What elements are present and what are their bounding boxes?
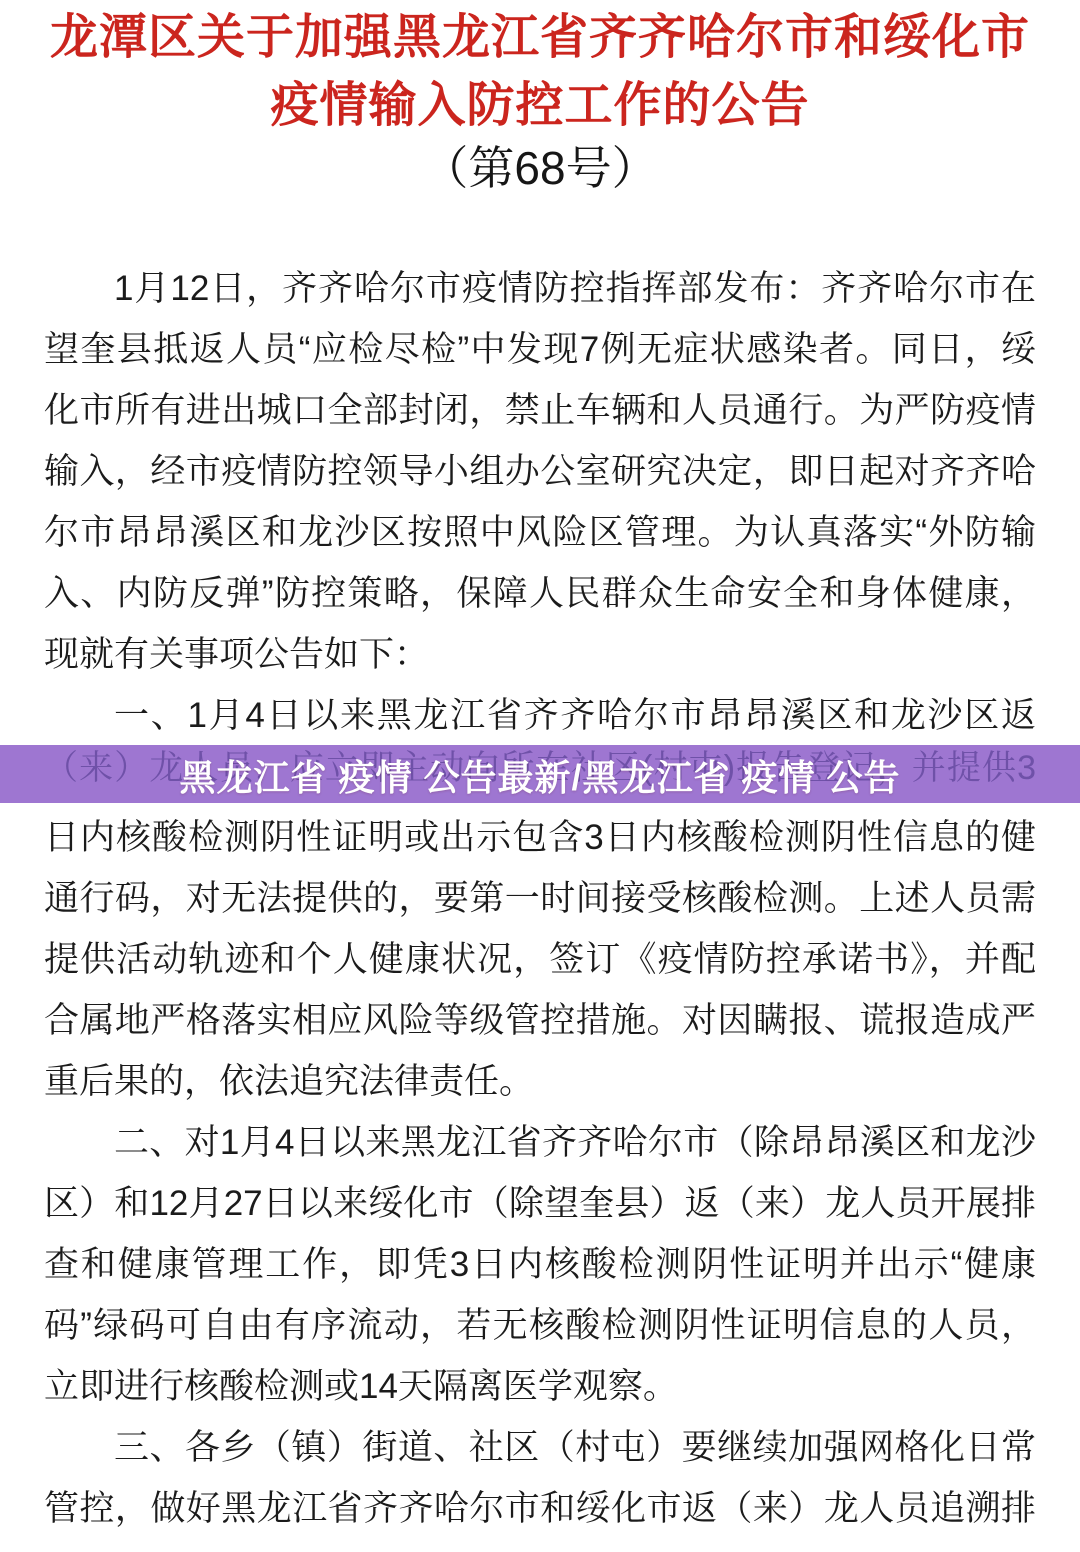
- body-line: 一、1月4日以来黑龙江省齐齐哈尔市昂昂溪区和龙沙区返: [44, 685, 1036, 746]
- body-line: 码”绿码可自由有序流动，若无核酸检测阴性证明信息的人员，: [44, 1295, 1036, 1356]
- announcement-number: （第68号）: [0, 138, 1080, 198]
- body-line: 区）和12月27日以来绥化市（除望奎县）返（来）龙人员开展排: [44, 1173, 1036, 1234]
- body-line: 望奎县抵返人员“应检尽检”中发现7例无症状感染者。同日，绥: [44, 319, 1036, 380]
- body-line: 入、内防反弹”防控策略，保障人民群众生命安全和身体健康，: [44, 563, 1036, 624]
- body-line: 尔市昂昂溪区和龙沙区按照中风险区管理。为认真落实“外防输: [44, 502, 1036, 563]
- announcement-document: 龙潭区关于加强黑龙江省齐齐哈尔市和绥化市 疫情输入防控工作的公告 （第68号） …: [0, 0, 1080, 1552]
- body-line: 二、对1月4日以来黑龙江省齐齐哈尔市（除昂昂溪区和龙沙: [44, 1112, 1036, 1173]
- body-line: 化市所有进出城口全部封闭，禁止车辆和人员通行。为严防疫情: [44, 380, 1036, 441]
- body-line: 输入，经市疫情防控领导小组办公室研究决定，即日起对齐齐哈: [44, 441, 1036, 502]
- body-line: 1月12日，齐齐哈尔市疫情防控指挥部发布：齐齐哈尔市在对: [44, 258, 1036, 319]
- watermark-caption: 黑龙江省 疫情 公告最新/黑龙江省 疫情 公告: [0, 758, 1080, 798]
- body-line: 日内核酸检测阴性证明或出示包含3日内核酸检测阴性信息的健康: [44, 807, 1036, 868]
- body-line: 重后果的，依法追究法律责任。: [44, 1051, 1036, 1112]
- body-line: 查和健康管理工作，即凭3日内核酸检测阴性证明并出示“健康: [44, 1234, 1036, 1295]
- announcement-title-line-1: 龙潭区关于加强黑龙江省齐齐哈尔市和绥化市: [40, 8, 1040, 68]
- body-line: 立即进行核酸检测或14天隔离医学观察。: [44, 1356, 1036, 1417]
- body-line: 三、各乡（镇）街道、社区（村屯）要继续加强网格化日常: [44, 1417, 1036, 1478]
- announcement-title-line-2: 疫情输入防控工作的公告: [40, 76, 1040, 136]
- body-line: 现就有关事项公告如下：: [44, 624, 1036, 685]
- body-line: 管控，做好黑龙江省齐齐哈尔市和绥化市返（来）龙人员追溯排: [44, 1478, 1036, 1539]
- watermark-banner: （来）龙人员，应立即主动向所在社区(村屯)报告登记，并提供3 黑龙江省 疫情 公…: [0, 745, 1080, 803]
- body-text: 1月12日，齐齐哈尔市疫情防控指挥部发布：齐齐哈尔市在对望奎县抵返人员“应检尽检…: [0, 258, 1080, 1539]
- body-line: 通行码，对无法提供的，要第一时间接受核酸检测。上述人员需: [44, 868, 1036, 929]
- body-line: 提供活动轨迹和个人健康状况，签订《疫情防控承诺书》，并配: [44, 929, 1036, 990]
- body-line: 合属地严格落实相应风险等级管控措施。对因瞒报、谎报造成严: [44, 990, 1036, 1051]
